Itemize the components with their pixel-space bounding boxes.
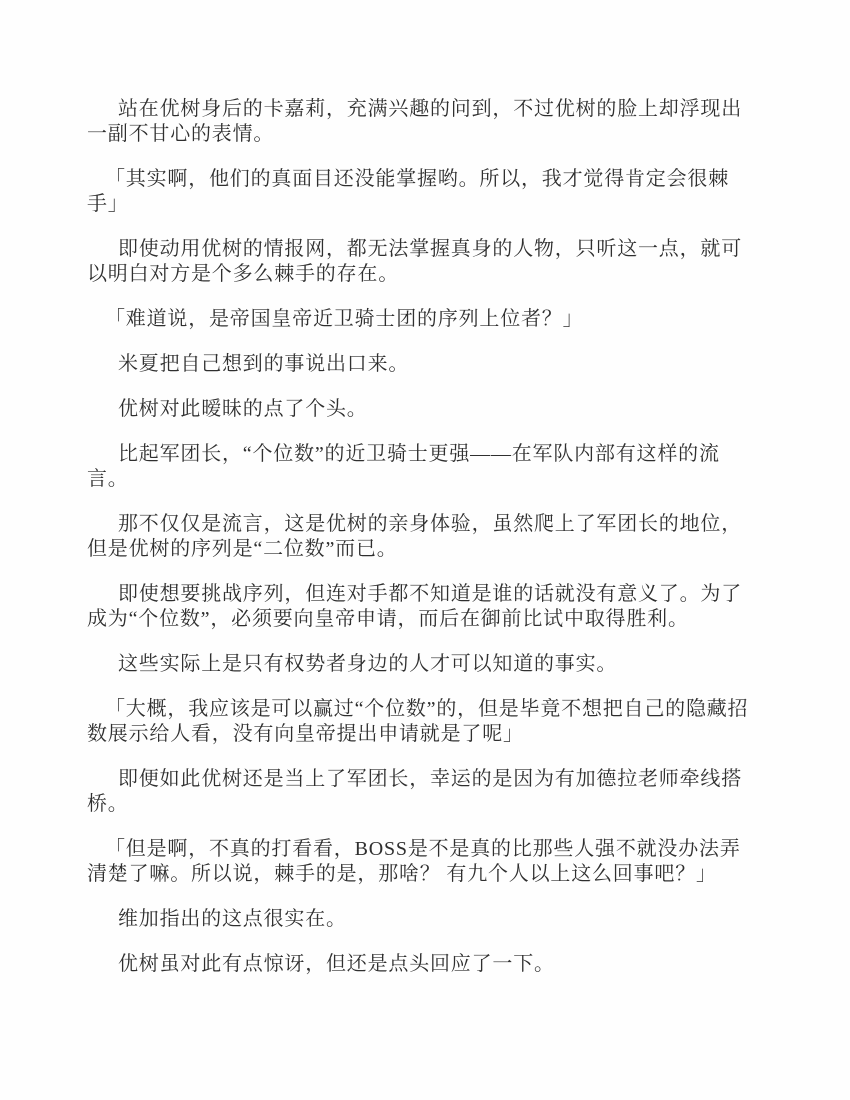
text-line: 优树虽对此有点惊讶，但还是点头回应了一下。: [87, 952, 760, 977]
text-line: 言。: [87, 467, 760, 492]
paragraph: 即使动用优树的情报网，都无法掌握真身的人物，只听这一点，就可 以明白对方是个多么…: [87, 237, 760, 287]
text-line: 但是优树的序列是“二位数”而已。: [87, 537, 760, 562]
paragraph: 站在优树身后的卡嘉莉，充满兴趣的问到，不过优树的脸上却浮现出 一副不甘心的表情。: [87, 97, 760, 147]
paragraph: 米夏把自己想到的事说出口来。: [87, 352, 760, 377]
paragraph: 即便如此优树还是当上了军团长，幸运的是因为有加德拉老师牵线搭 桥。: [87, 767, 760, 817]
text-line: 比起军团长，“个位数”的近卫骑士更强——在军队内部有这样的流: [87, 442, 760, 467]
paragraph: 「但是啊，不真的打看看，BOSS是不是真的比那些人强不就没办法弄 清楚了嘛。所以…: [87, 837, 760, 887]
text-line: 优树对此暧昧的点了个头。: [87, 397, 760, 422]
paragraph: 「其实啊，他们的真面目还没能掌握哟。所以，我才觉得肯定会很棘 手」: [87, 167, 760, 217]
text-line: 以明白对方是个多么棘手的存在。: [87, 262, 760, 287]
text-line: 那不仅仅是流言，这是优树的亲身体验，虽然爬上了军团长的地位，: [87, 512, 760, 537]
text-line: 桥。: [87, 792, 760, 817]
text-line: 米夏把自己想到的事说出口来。: [87, 352, 760, 377]
paragraph: 这些实际上是只有权势者身边的人才可以知道的事实。: [87, 652, 760, 677]
text-line: 即使动用优树的情报网，都无法掌握真身的人物，只听这一点，就可: [87, 237, 760, 262]
text-line: 一副不甘心的表情。: [87, 122, 760, 147]
text-line: 数展示给人看，没有向皇帝提出申请就是了呢」: [87, 722, 760, 747]
paragraph: 比起军团长，“个位数”的近卫骑士更强——在军队内部有这样的流 言。: [87, 442, 760, 492]
text-line: 「其实啊，他们的真面目还没能掌握哟。所以，我才觉得肯定会很棘: [87, 167, 760, 192]
text-line: 站在优树身后的卡嘉莉，充满兴趣的问到，不过优树的脸上却浮现出: [87, 97, 760, 122]
paragraph: 优树虽对此有点惊讶，但还是点头回应了一下。: [87, 952, 760, 977]
text-line: 「但是啊，不真的打看看，BOSS是不是真的比那些人强不就没办法弄: [87, 837, 760, 862]
text-line: 成为“个位数”，必须要向皇帝申请，而后在御前比试中取得胜利。: [87, 607, 760, 632]
text-line: 「大概，我应该是可以赢过“个位数”的，但是毕竟不想把自己的隐藏招: [87, 697, 760, 722]
paragraph: 那不仅仅是流言，这是优树的亲身体验，虽然爬上了军团长的地位， 但是优树的序列是“…: [87, 512, 760, 562]
paragraph: 「难道说，是帝国皇帝近卫骑士团的序列上位者？」: [87, 307, 760, 332]
paragraph: 「大概，我应该是可以赢过“个位数”的，但是毕竟不想把自己的隐藏招 数展示给人看，…: [87, 697, 760, 747]
text-line: 这些实际上是只有权势者身边的人才可以知道的事实。: [87, 652, 760, 677]
text-line: 即使想要挑战序列，但连对手都不知道是谁的话就没有意义了。为了: [87, 582, 760, 607]
paragraph: 优树对此暧昧的点了个头。: [87, 397, 760, 422]
paragraph: 维加指出的这点很实在。: [87, 907, 760, 932]
paragraph: 即使想要挑战序列，但连对手都不知道是谁的话就没有意义了。为了 成为“个位数”，必…: [87, 582, 760, 632]
text-line: 「难道说，是帝国皇帝近卫骑士团的序列上位者？」: [87, 307, 760, 332]
text-line: 即便如此优树还是当上了军团长，幸运的是因为有加德拉老师牵线搭: [87, 767, 760, 792]
text-line: 清楚了嘛。所以说，棘手的是，那啥？ 有九个人以上这么回事吧？」: [87, 862, 760, 887]
text-line: 手」: [87, 192, 760, 217]
text-line: 维加指出的这点很实在。: [87, 907, 760, 932]
novel-page: 站在优树身后的卡嘉莉，充满兴趣的问到，不过优树的脸上却浮现出 一副不甘心的表情。…: [0, 0, 850, 1100]
